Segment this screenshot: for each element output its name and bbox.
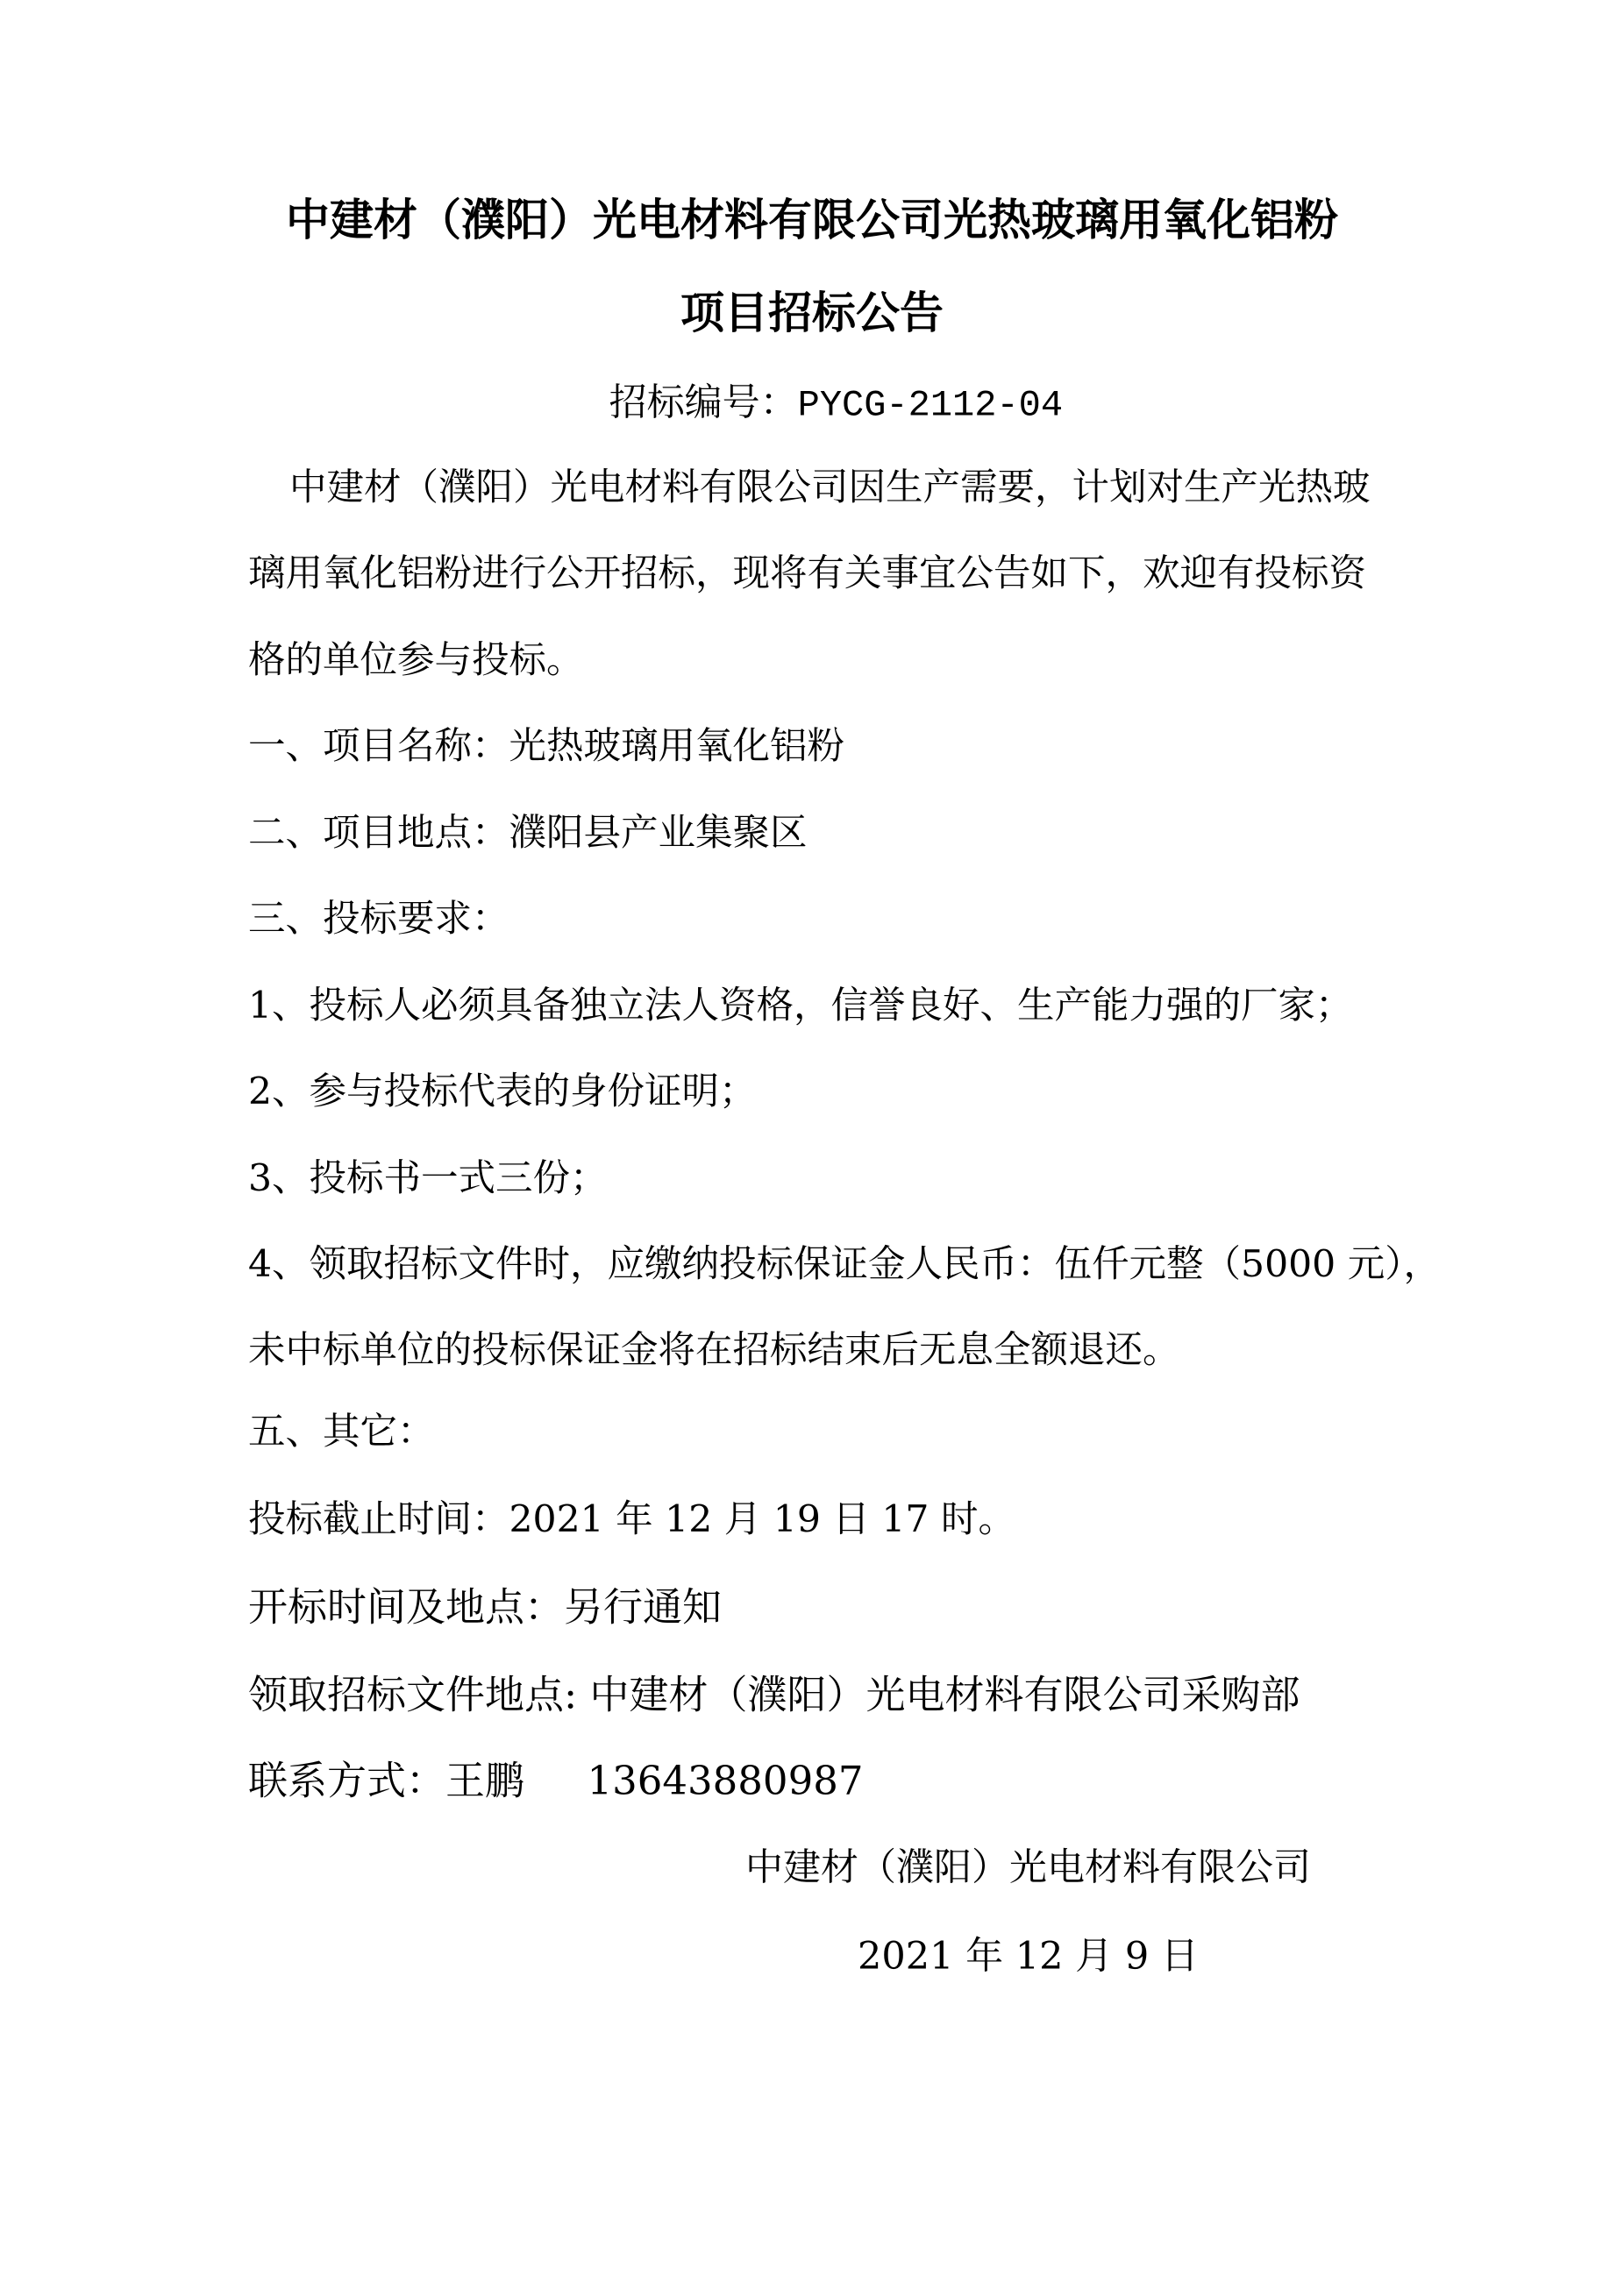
- section-requirements-heading: 三、投标要求：: [248, 901, 509, 939]
- signature-company: 中建材（濮阳）光电材料有限公司: [745, 1850, 1311, 1887]
- section-project-location: 二、项目地点：濮阳县产业集聚区: [248, 815, 808, 853]
- requirement-item-2: 2、参与投标代表的身份证明；: [248, 1074, 757, 1112]
- intro-line-2: 璃用氧化铝粉进行公开招标，现将有关事宜公告如下，欢迎有投标资: [248, 556, 1366, 594]
- intro-line-3: 格的单位参与投标。: [248, 643, 584, 680]
- title-line-1: 中建材（濮阳）光电材料有限公司光热玻璃用氧化铝粉: [0, 198, 1624, 242]
- signature-date: 2021 年 12 月 9 日: [858, 1938, 1199, 1976]
- bid-opening: 开标时间及地点：另行通知: [248, 1588, 722, 1627]
- title-line-2: 项目招标公告: [0, 291, 1624, 335]
- requirement-item-1: 1、投标人必须具备独立法人资格，信誉良好、生产能力强的厂家；: [248, 988, 1353, 1026]
- section-other-heading: 五、其它：: [248, 1414, 435, 1452]
- requirement-item-4-continued: 未中标单位的投标保证金将在招标结束后无息全额退还。: [248, 1333, 1180, 1370]
- bid-number: 招标编号：PYCG-2112-04: [0, 347, 1624, 462]
- section-project-name: 一、项目名称：光热玻璃用氧化铝粉: [248, 729, 844, 766]
- contact-info: 联系方式：王鹏 13643880987: [248, 1761, 863, 1801]
- document-pickup-location: 领取招标文件地点: 中建材（濮阳）光电材料有限公司采购部: [248, 1675, 1300, 1715]
- intro-line-1: 中建材（濮阳）光电材料有限公司因生产需要，计划对生产光热玻: [289, 470, 1371, 508]
- bid-deadline: 投标截止时间：2021 年 12 月 19 日 17 时。: [248, 1502, 1015, 1539]
- requirement-item-3: 3、投标书一式三份；: [248, 1161, 608, 1198]
- requirement-item-4: 4、领取招标文件时，应缴纳投标保证金人民币：伍仟元整（5000 元），: [248, 1247, 1441, 1284]
- bid-number-label: 招标编号：: [609, 381, 798, 425]
- bid-number-value: PYCG-2112-04: [798, 385, 1063, 427]
